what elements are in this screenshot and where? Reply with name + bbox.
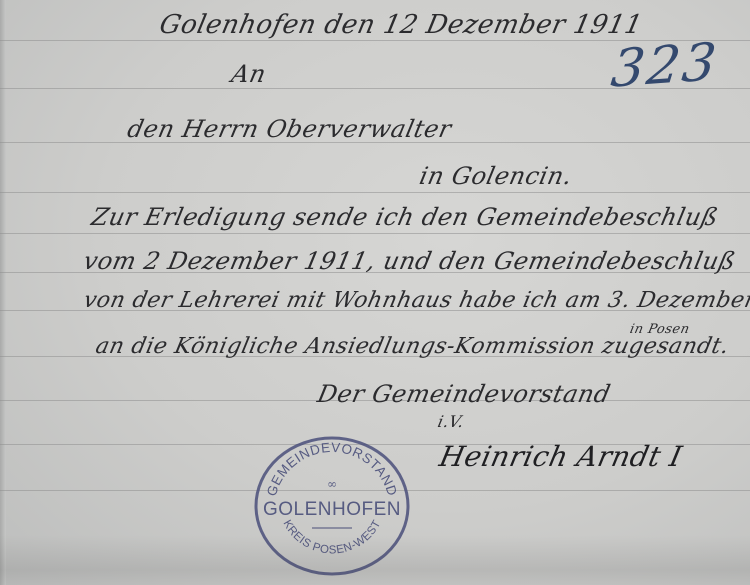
- place-date-line: Golenhofen den 12 Dezember 1911: [157, 10, 645, 40]
- recipient-line-1: den Herrn Oberverwalter: [125, 115, 454, 143]
- body-line-1: Zur Erledigung sende ich den Gemeindebes…: [89, 203, 721, 231]
- svg-text:∞: ∞: [327, 477, 337, 491]
- ruled-line: [0, 233, 750, 234]
- closing-line: Der Gemeindevorstand: [315, 380, 613, 408]
- closing-abbreviation: i.V.: [436, 412, 466, 431]
- body-line-2: vom 2 Dezember 1911, und den Gemeindebes…: [81, 247, 738, 275]
- body-line-4: an die Königliche Ansiedlungs-Kommission…: [93, 334, 731, 359]
- ruled-line: [0, 192, 750, 193]
- salutation-prefix: An: [229, 60, 269, 88]
- recipient-line-2: in Golencin.: [417, 162, 575, 190]
- document-page: Golenhofen den 12 Dezember 1911 An 323 d…: [0, 0, 750, 585]
- scan-shadow: [0, 535, 750, 585]
- reference-number: 323: [608, 32, 721, 99]
- body-line-3: von der Lehrerei mit Wohnhaus habe ich a…: [81, 288, 750, 313]
- signature: Heinrich Arndt I: [436, 440, 685, 473]
- stamp-center-text: GOLENHOFEN: [263, 499, 401, 520]
